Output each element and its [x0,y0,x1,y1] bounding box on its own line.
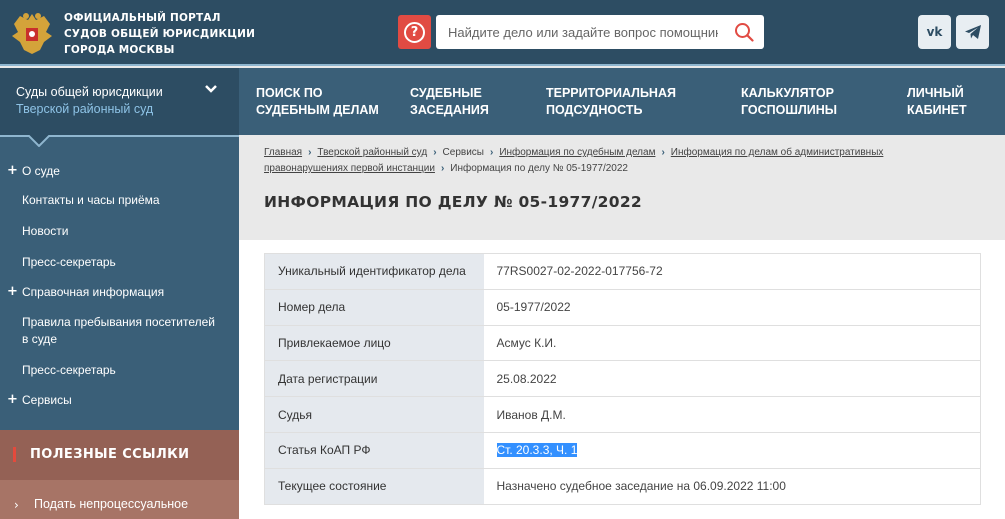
chevron-right-icon: › [490,147,493,158]
field-label: Статья КоАП РФ [265,432,484,468]
portal-title[interactable]: ОФИЦИАЛЬНЫЙ ПОРТАЛ СУДОВ ОБЩЕЙ ЮРИСДИКЦИ… [64,10,255,58]
court-selector-label: Суды общей юрисдикции [16,85,163,99]
court-selector-value: Тверской районный суд [16,102,153,116]
breadcrumb: Главная›Тверской районный суд›Сервисы›Ин… [264,145,964,177]
vk-icon: vk [927,25,943,39]
court-selector[interactable]: Суды общей юрисдикции Тверской районный … [0,68,239,135]
main-nav: Суды общей юрисдикции Тверской районный … [0,68,1005,135]
nav-fee-calculator[interactable]: КАЛЬКУЛЯТОРГОСПОШЛИНЫ [741,85,837,119]
table-row: Уникальный идентификатор дела77RS0027-02… [265,254,981,290]
field-value: Иванов Д.М. [484,397,981,433]
nav-personal-account[interactable]: ЛИЧНЫЙКАБИНЕТ [907,85,967,119]
table-row: Дата регистрации25.08.2022 [265,361,981,397]
sidebar-item-services[interactable]: Сервисы [22,392,72,409]
table-row: Привлекаемое лицоАсмус К.И. [265,325,981,361]
useful-link-item[interactable]: Подать непроцессуальное [34,497,188,511]
sidebar-item-contacts[interactable]: Контакты и часы приёма [22,192,160,209]
vk-button[interactable]: vk [918,15,951,49]
field-value: Асмус К.И. [484,325,981,361]
field-value: 77RS0027-02-2022-017756-72 [484,254,981,290]
telegram-button[interactable] [956,15,989,49]
field-value: 25.08.2022 [484,361,981,397]
table-row: СудьяИванов Д.М. [265,397,981,433]
sidebar-item-about[interactable]: О суде [22,163,60,180]
field-label: Текущее состояние [265,468,484,504]
field-value: 05-1977/2022 [484,289,981,325]
accent-bar [13,447,16,462]
plus-icon[interactable]: + [7,284,18,299]
field-label: Привлекаемое лицо [265,325,484,361]
table-row: Текущее состояниеНазначено судебное засе… [265,468,981,504]
chevron-right-icon: › [441,163,444,174]
useful-links-list: › Подать непроцессуальное [0,480,239,519]
search-box [436,15,764,49]
sidebar-item-visitor-rules[interactable]: Правила пребывания посетителей в суде [22,314,215,348]
nav-case-search[interactable]: ПОИСК ПОСУДЕБНЫМ ДЕЛАМ [256,85,379,119]
breadcrumb-services: Сервисы [443,147,484,158]
breadcrumb-home[interactable]: Главная [264,147,302,158]
table-row: Номер дела05-1977/2022 [265,289,981,325]
sidebar: + О суде Контакты и часы приёма Новости … [0,135,239,430]
dropdown-pointer-icon [28,135,50,147]
help-assistant-button[interactable]: ? [398,15,431,49]
useful-links-title: ПОЛЕЗНЫЕ ССЫЛКИ [30,447,189,462]
plus-icon[interactable]: + [7,163,18,178]
coat-of-arms-icon[interactable] [10,10,54,58]
useful-links-header: ПОЛЕЗНЫЕ ССЫЛКИ [0,430,239,480]
sidebar-item-press[interactable]: Пресс-секретарь [22,254,116,271]
field-label: Судья [265,397,484,433]
breadcrumb-current: Информация по делу № 05-1977/2022 [450,163,628,174]
sidebar-item-press-2[interactable]: Пресс-секретарь [22,362,116,379]
question-icon: ? [404,22,425,43]
field-value: Назначено судебное заседание на 06.09.20… [484,468,981,504]
chevron-right-icon: › [433,147,436,158]
nav-court-sessions[interactable]: СУДЕБНЫЕЗАСЕДАНИЯ [410,85,489,119]
site-header: ОФИЦИАЛЬНЫЙ ПОРТАЛ СУДОВ ОБЩЕЙ ЮРИСДИКЦИ… [0,0,1005,66]
page-title: ИНФОРМАЦИЯ ПО ДЕЛУ № 05-1977/2022 [264,193,642,211]
chevron-right-icon: › [661,147,664,158]
breadcrumb-case-info[interactable]: Информация по судебным делам [499,147,655,158]
chevron-right-icon: › [308,147,311,158]
field-label: Номер дела [265,289,484,325]
case-info-table: Уникальный идентификатор дела77RS0027-02… [264,253,981,505]
chevron-down-icon[interactable] [204,84,218,94]
telegram-icon [964,24,982,40]
selected-text[interactable]: Ст. 20.3.3, Ч. 1 [497,443,578,457]
content-header: Главная›Тверской районный суд›Сервисы›Ин… [239,135,1005,240]
field-label: Дата регистрации [265,361,484,397]
sidebar-item-news[interactable]: Новости [22,223,68,240]
nav-jurisdiction[interactable]: ТЕРРИТОРИАЛЬНАЯПОДСУДНОСТЬ [546,85,676,119]
field-value: Ст. 20.3.3, Ч. 1 [484,432,981,468]
sidebar-item-reference[interactable]: Справочная информация [22,284,164,301]
content-body: Уникальный идентификатор дела77RS0027-02… [239,240,1005,519]
search-input[interactable] [448,15,718,49]
plus-icon[interactable]: + [7,392,18,407]
chevron-right-icon: › [14,498,19,512]
table-row: Статья КоАП РФСт. 20.3.3, Ч. 1 [265,432,981,468]
breadcrumb-court[interactable]: Тверской районный суд [317,147,427,158]
search-icon[interactable] [734,22,754,42]
field-label: Уникальный идентификатор дела [265,254,484,290]
